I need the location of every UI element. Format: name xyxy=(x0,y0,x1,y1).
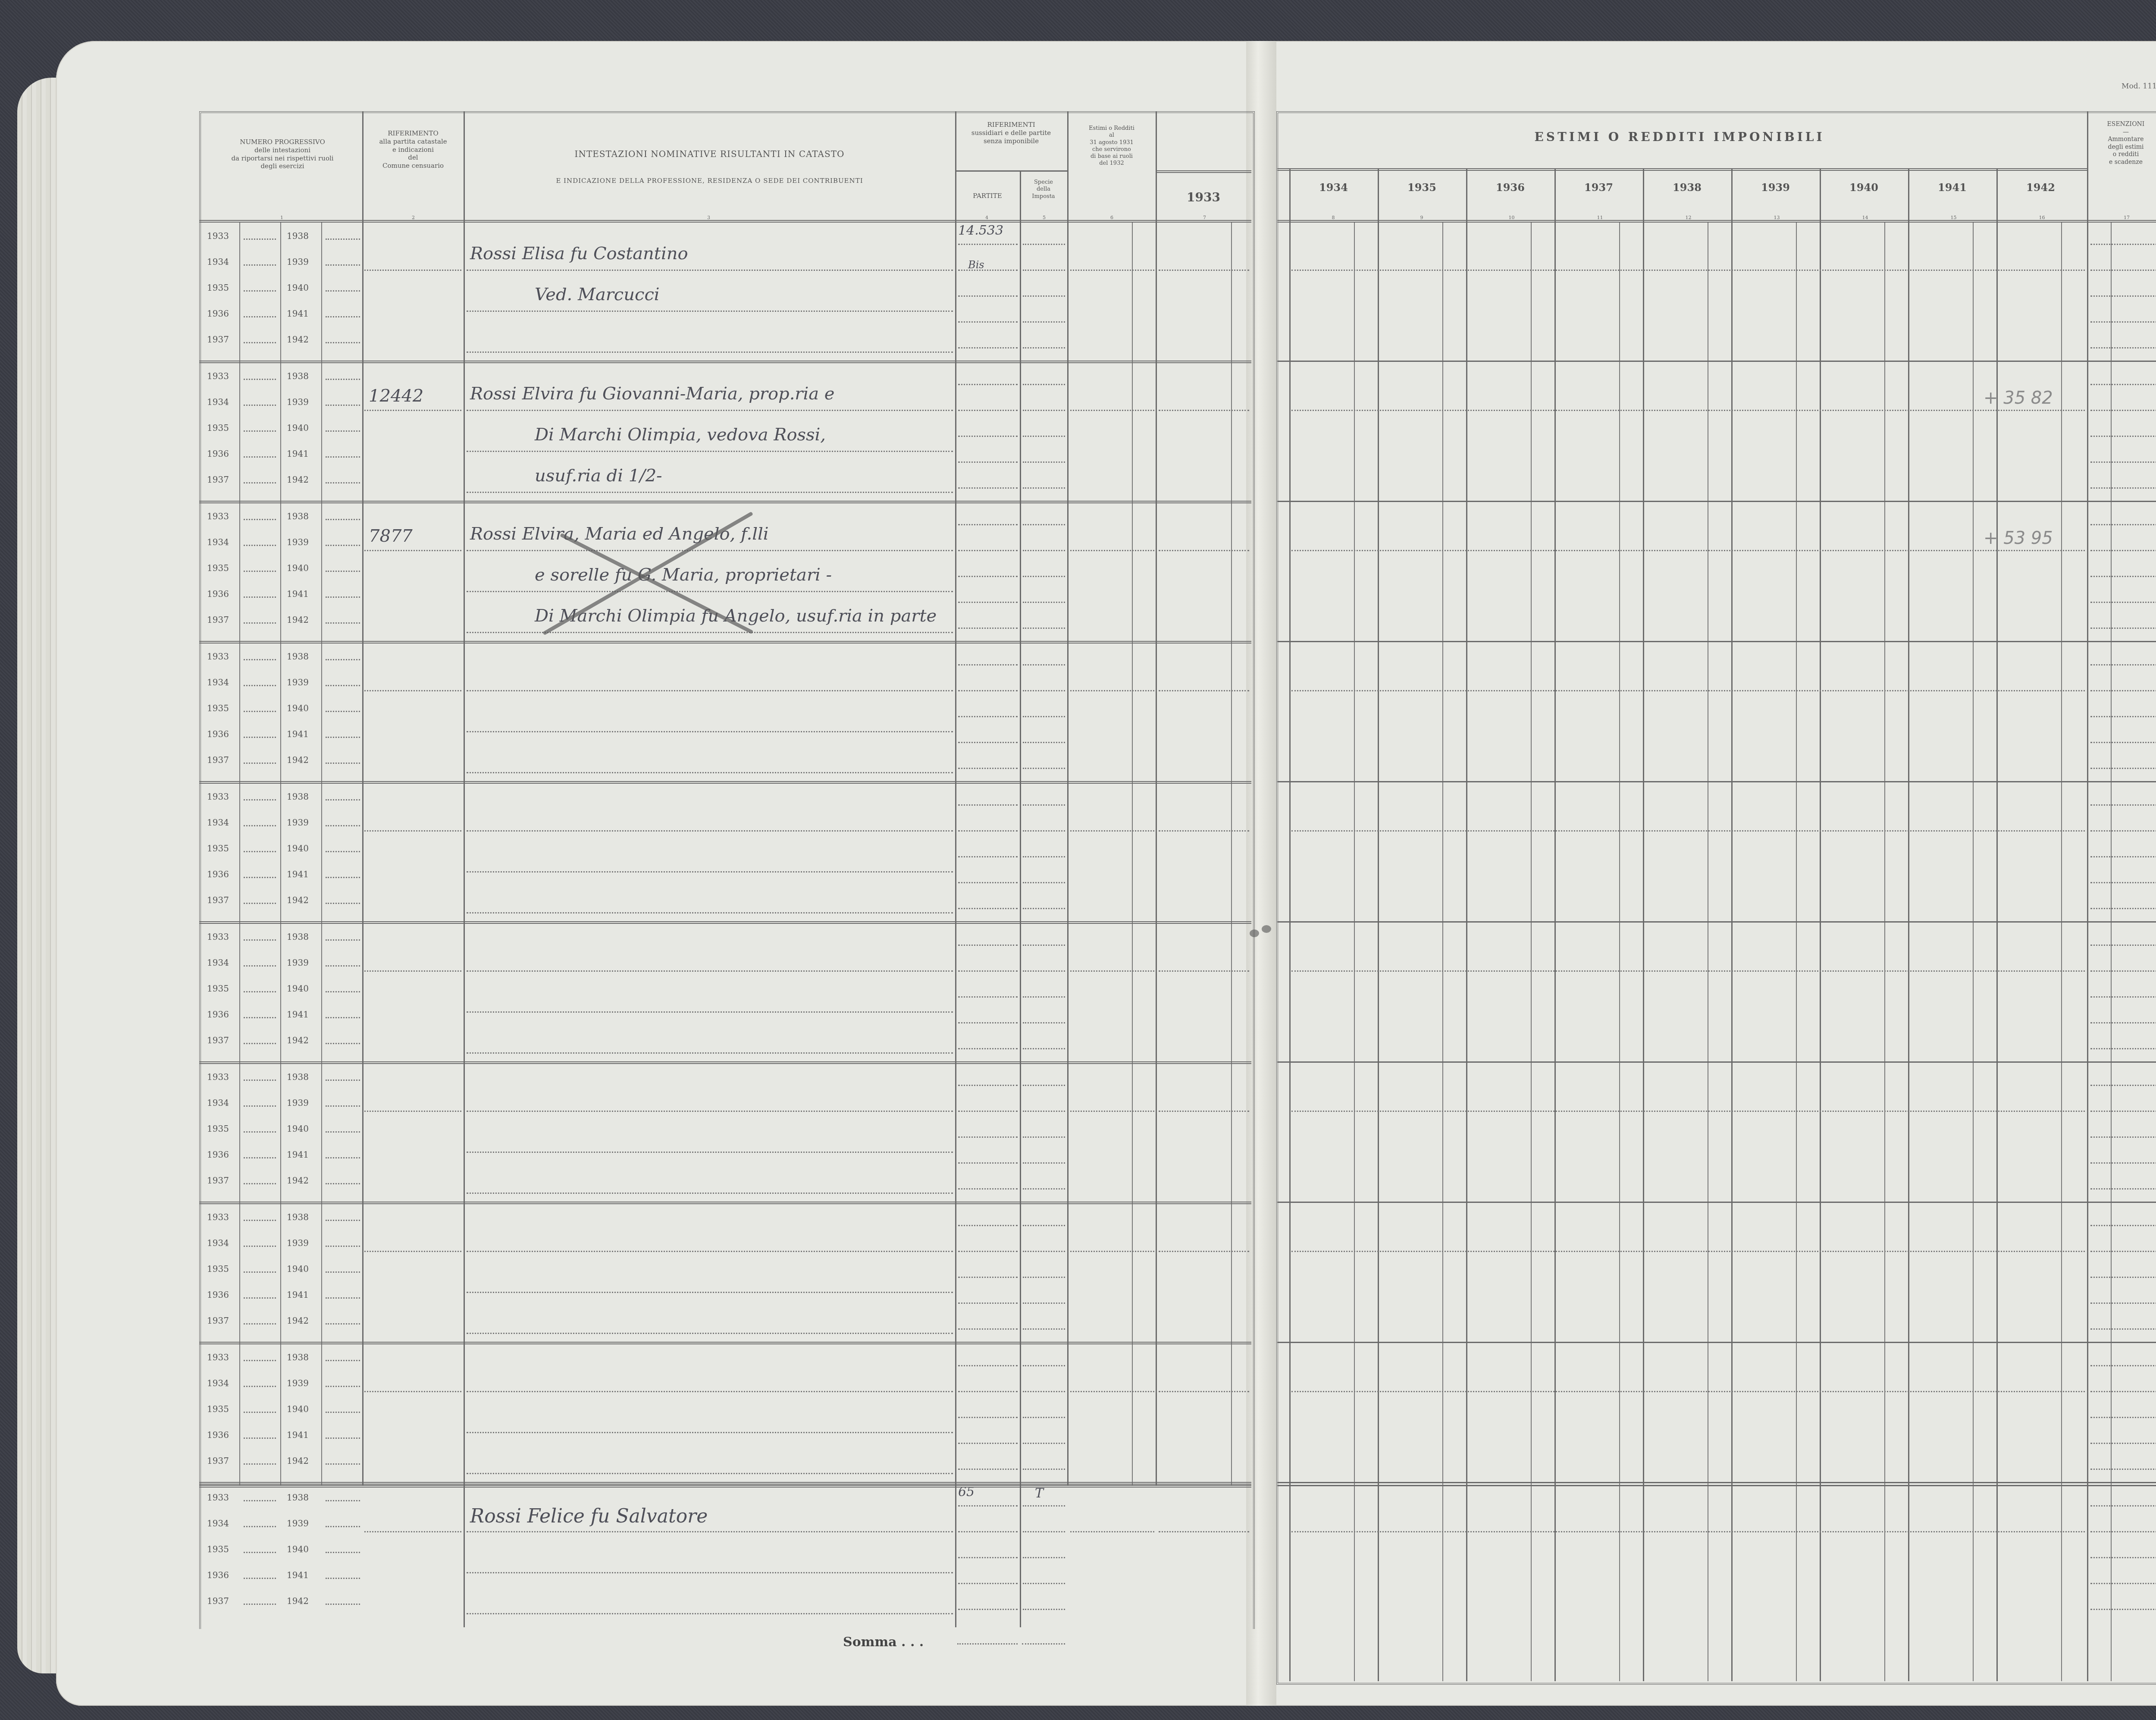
partite-dotted-field xyxy=(958,602,1018,603)
year-dotted-field xyxy=(244,965,276,967)
year-header: 1941 xyxy=(1908,181,1996,194)
year-label: 1933 xyxy=(207,1212,229,1222)
year-label: 1942 xyxy=(287,895,309,905)
year-label: 1933 xyxy=(207,371,229,381)
specie-dotted-field xyxy=(1023,347,1065,348)
partite-dotted-field xyxy=(958,970,1018,972)
riferimento-value: 12442 xyxy=(369,386,423,406)
year-label: 1933 xyxy=(207,932,229,942)
year-dotted-field xyxy=(244,1131,276,1133)
partite-dotted-field xyxy=(958,664,1018,665)
year-label: 1940 xyxy=(287,563,309,573)
year-label: 1936 xyxy=(207,1290,229,1300)
column-divider xyxy=(1643,168,1644,1681)
year-label: 1938 xyxy=(287,1212,309,1222)
year-label: 1935 xyxy=(207,282,229,293)
year-label: 1935 xyxy=(207,563,229,573)
esenzioni-dotted-field xyxy=(2090,1583,2156,1584)
esenzioni-dotted-field xyxy=(2090,244,2156,245)
entry-separator xyxy=(199,1202,1251,1204)
specie-dotted-field xyxy=(1023,1443,1065,1444)
year-dotted-field xyxy=(326,456,360,458)
intestazione-dotted-line xyxy=(467,270,953,271)
year-dotted-field xyxy=(326,851,360,852)
header-col3-subtitle: E INDICAZIONE DELLA PROFESSIONE, RESIDEN… xyxy=(465,177,954,185)
column-divider xyxy=(1067,111,1069,1485)
year-dotted-field xyxy=(244,659,276,660)
specie-dotted-field xyxy=(1023,1085,1065,1086)
entry-separator xyxy=(199,1482,1251,1485)
header-col1-title: NUMERO PROGRESSIVO xyxy=(203,138,362,146)
riferimento-dotted-line xyxy=(364,970,461,972)
year-dotted-field xyxy=(244,405,276,406)
esenzioni-dotted-field xyxy=(2090,1391,2156,1392)
intestazione-dotted-line xyxy=(467,1152,953,1153)
esenzioni-dotted-field xyxy=(2090,550,2156,551)
year-label: 1939 xyxy=(287,1378,309,1388)
partite-dotted-field xyxy=(958,628,1018,629)
intestazione-dotted-line xyxy=(467,1111,953,1112)
column-divider xyxy=(1820,168,1821,1681)
value-1942: + 53 95 xyxy=(1984,528,2053,548)
col1933-dotted-line xyxy=(1159,1111,1249,1112)
intestazione-text: e sorelle fu G. Maria, proprietari - xyxy=(535,565,832,585)
entry-separator xyxy=(1277,1482,2156,1483)
entry-separator xyxy=(199,781,1251,784)
year-dotted-field xyxy=(244,379,276,380)
year-label: 1933 xyxy=(207,1352,229,1362)
specie-dotted-field xyxy=(1023,1048,1065,1049)
estimi-dotted-line xyxy=(1070,550,1154,551)
partite-dotted-field xyxy=(958,1443,1018,1444)
header-col5-line: Imposta xyxy=(1020,193,1067,200)
intestazione-dotted-line xyxy=(467,1193,953,1194)
entry-separator xyxy=(199,1342,1251,1344)
riferimento-dotted-line xyxy=(364,1531,461,1532)
specie-dotted-field xyxy=(1023,1583,1065,1584)
intestazione-dotted-line xyxy=(467,410,953,411)
entry-separator xyxy=(199,361,1251,363)
table-bottom-rule xyxy=(199,1485,1251,1488)
specie-dotted-field xyxy=(1023,628,1065,629)
specie-dotted-field xyxy=(1023,524,1065,525)
year-dotted-field xyxy=(244,939,276,941)
year-label: 1936 xyxy=(207,869,229,879)
estimi-row-dotted-line xyxy=(1291,550,2085,551)
year-label: 1937 xyxy=(207,1315,229,1326)
intestazione-dotted-line xyxy=(467,1251,953,1252)
intestazione-dotted-line xyxy=(467,1572,953,1573)
column-divider xyxy=(1466,168,1467,1681)
year-label: 1937 xyxy=(207,474,229,485)
year-header: 1938 xyxy=(1643,181,1731,194)
year-label: 1934 xyxy=(207,1518,229,1529)
esenzioni-dotted-field xyxy=(2090,628,2156,629)
year-label: 1939 xyxy=(287,817,309,828)
header-col1-line: da riportarsi nei rispettivi ruoli xyxy=(203,154,362,163)
column-divider xyxy=(464,111,465,1627)
year-header: 1935 xyxy=(1378,181,1466,194)
year-dotted-field xyxy=(244,1386,276,1387)
specie-dotted-field xyxy=(1023,1469,1065,1470)
year-dotted-field xyxy=(326,430,360,432)
year-dotted-field xyxy=(244,991,276,992)
col1933-dotted-line xyxy=(1159,970,1249,972)
esenzioni-dotted-field xyxy=(2090,461,2156,463)
year-label: 1941 xyxy=(287,1430,309,1440)
specie-dotted-field xyxy=(1023,1303,1065,1304)
header-group-line: sussidiari e delle partite xyxy=(955,129,1067,137)
year-label: 1935 xyxy=(207,1404,229,1414)
specie-dotted-field xyxy=(1023,321,1065,323)
year-label: 1934 xyxy=(207,1098,229,1108)
partite-dotted-field xyxy=(958,1225,1018,1226)
year-dotted-field xyxy=(326,737,360,738)
estimi-dotted-line xyxy=(1070,830,1154,832)
year-dotted-field xyxy=(326,264,360,266)
header-col17-title: ESENZIONI xyxy=(2087,121,2156,129)
header-bottom-rule xyxy=(1277,220,2156,223)
header-col2-title: RIFERIMENTO xyxy=(363,129,463,138)
year-dotted-field xyxy=(326,939,360,941)
esenzioni-dotted-field xyxy=(2090,768,2156,769)
year-label: 1936 xyxy=(207,1009,229,1020)
riferimento-dotted-line xyxy=(364,830,461,832)
header-col17-line: o redditi xyxy=(2087,151,2156,159)
entry-separator xyxy=(1277,641,2156,642)
year-label: 1940 xyxy=(287,843,309,854)
partite-dotted-field xyxy=(958,1022,1018,1023)
year-dotted-field xyxy=(244,1246,276,1247)
esenzioni-dotted-field xyxy=(2090,1188,2156,1190)
year-label: 1938 xyxy=(287,651,309,662)
year-dotted-field xyxy=(326,1500,360,1501)
year-label: 1942 xyxy=(287,474,309,485)
esenzioni-dotted-field xyxy=(2090,1531,2156,1532)
estimi-row-dotted-line xyxy=(1291,830,2085,832)
entry-separator xyxy=(199,1061,1251,1064)
estimi-row-dotted-line xyxy=(1291,1111,2085,1112)
year-dotted-field xyxy=(244,290,276,292)
partite-dotted-field xyxy=(958,576,1018,577)
year-label: 1937 xyxy=(207,615,229,625)
intestazione-dotted-line xyxy=(467,632,953,633)
col1933-dotted-line xyxy=(1159,1251,1249,1252)
year-label: 1938 xyxy=(287,511,309,521)
partite-dotted-field xyxy=(958,1365,1018,1366)
specie-dotted-field xyxy=(1023,436,1065,437)
esenzioni-dotted-field xyxy=(2090,1417,2156,1418)
header-col6-line: di base ai ruoli xyxy=(1069,153,1155,160)
col1933-dotted-line xyxy=(1159,830,1249,832)
intestazione-text: Ved. Marcucci xyxy=(535,285,660,304)
year-dotted-field xyxy=(326,1360,360,1361)
year-dotted-field xyxy=(244,519,276,520)
year-label: 1941 xyxy=(287,1149,309,1160)
year-dotted-field xyxy=(326,379,360,380)
specie-dotted-field xyxy=(1023,970,1065,972)
year-dotted-field xyxy=(244,1463,276,1465)
estimi-row-dotted-line xyxy=(1291,1531,2085,1532)
year-dotted-field xyxy=(244,1323,276,1325)
year-dotted-field xyxy=(326,1246,360,1247)
year-dotted-field xyxy=(244,851,276,852)
year-dotted-field xyxy=(326,711,360,712)
year-dotted-field xyxy=(244,1526,276,1527)
esenzioni-dotted-field xyxy=(2090,1443,2156,1444)
year-label: 1937 xyxy=(207,334,229,345)
year-dotted-field xyxy=(326,685,360,686)
year-label: 1936 xyxy=(207,308,229,319)
col1933-dotted-line xyxy=(1159,550,1249,551)
year-label: 1942 xyxy=(287,334,309,345)
year-label: 1940 xyxy=(287,1404,309,1414)
estimi-dotted-line xyxy=(1070,690,1154,691)
estimi-dotted-line xyxy=(1070,1391,1154,1392)
specie-dotted-field xyxy=(1023,487,1065,489)
somma-dotted-line xyxy=(957,1643,1018,1645)
header-col6-line: Estimi o Redditi xyxy=(1069,125,1155,132)
year-dotted-field xyxy=(244,456,276,458)
partite-dotted-field xyxy=(958,882,1018,883)
header-col2-line: del xyxy=(363,154,463,162)
intestazione-text: Rossi Elisa fu Costantino xyxy=(470,244,688,264)
partite-dotted-field xyxy=(958,716,1018,717)
year-label: 1941 xyxy=(287,729,309,739)
column-subdivider xyxy=(2061,222,2062,1681)
year-label: 1937 xyxy=(207,1035,229,1045)
esenzioni-dotted-field xyxy=(2090,524,2156,525)
column-divider xyxy=(362,111,364,1485)
year-dotted-field xyxy=(326,622,360,624)
estimi-row-dotted-line xyxy=(1291,270,2085,271)
specie-dotted-field xyxy=(1023,882,1065,883)
estimi-dotted-line xyxy=(1070,1531,1154,1532)
partite-dotted-field xyxy=(958,1085,1018,1086)
intestazione-text: Rossi Felice fu Salvatore xyxy=(470,1505,708,1527)
estimi-row-dotted-line xyxy=(1291,1391,2085,1392)
year-dotted-field xyxy=(244,316,276,317)
partite-dotted-field xyxy=(958,804,1018,806)
column-divider xyxy=(1731,168,1733,1681)
header-col7-year: 1933 xyxy=(1156,190,1251,205)
year-dotted-field xyxy=(326,903,360,904)
year-dotted-field xyxy=(244,1578,276,1579)
specie-dotted-field xyxy=(1023,1391,1065,1392)
esenzioni-dotted-field xyxy=(2090,384,2156,385)
header-group-line: senza imponibile xyxy=(955,137,1067,145)
column-subdivider xyxy=(1442,222,1443,1681)
esenzioni-dotted-field xyxy=(2090,1557,2156,1558)
column-divider xyxy=(2087,111,2088,1681)
riferimento-value: 7877 xyxy=(369,526,413,546)
year-dotted-field xyxy=(244,711,276,712)
estimi-row-dotted-line xyxy=(1291,970,2085,972)
partite-dotted-field xyxy=(958,1505,1018,1507)
header-col17-line: degli estimi xyxy=(2087,144,2156,151)
year-dotted-field xyxy=(244,763,276,764)
partite-dotted-field xyxy=(958,347,1018,348)
intestazione-dotted-line xyxy=(467,311,953,312)
intestazione-dotted-line xyxy=(467,352,953,353)
intestazione-dotted-line xyxy=(467,1432,953,1433)
header-col6-line: che servirono xyxy=(1069,146,1155,153)
year-label: 1939 xyxy=(287,677,309,687)
year-label: 1941 xyxy=(287,1290,309,1300)
esenzioni-dotted-field xyxy=(2090,295,2156,297)
year-dotted-field xyxy=(244,430,276,432)
specie-dotted-field xyxy=(1023,1022,1065,1023)
year-header: 1939 xyxy=(1731,181,1820,194)
column-subdivider xyxy=(1132,222,1133,1485)
esenzioni-dotted-field xyxy=(2090,576,2156,577)
year-dotted-field xyxy=(326,1386,360,1387)
year-dotted-field xyxy=(244,825,276,826)
year-label: 1942 xyxy=(287,1315,309,1326)
year-label: 1939 xyxy=(287,957,309,968)
esenzioni-dotted-field xyxy=(2090,804,2156,806)
column-divider xyxy=(1554,168,1556,1681)
year-label: 1939 xyxy=(287,397,309,407)
partite-dotted-field xyxy=(958,945,1018,946)
partite-dotted-field xyxy=(958,1391,1018,1392)
year-dotted-field xyxy=(326,1131,360,1133)
col1933-dotted-line xyxy=(1159,410,1249,411)
esenzioni-dotted-field xyxy=(2090,1136,2156,1138)
col1933-dotted-line xyxy=(1159,1391,1249,1392)
esenzioni-dotted-field xyxy=(2090,1225,2156,1226)
intestazione-dotted-line xyxy=(467,690,953,691)
somma-label: Somma . . . xyxy=(843,1635,924,1650)
partite-value: 14.533 xyxy=(958,223,1003,238)
year-dotted-field xyxy=(326,1220,360,1221)
intestazione-text: Di Marchi Olimpia, vedova Rossi, xyxy=(535,425,826,445)
specie-dotted-field xyxy=(1023,270,1065,271)
column-divider xyxy=(1378,168,1379,1681)
year-label: 1936 xyxy=(207,589,229,599)
year-dotted-field xyxy=(326,1604,360,1605)
partite-dotted-field xyxy=(958,690,1018,691)
intestazione-dotted-line xyxy=(467,830,953,832)
specie-dotted-field xyxy=(1023,664,1065,665)
form-code: Mod. 111 - Imposte Dirette (Intercalare)… xyxy=(2122,82,2156,91)
entry-separator xyxy=(199,921,1251,924)
year-label: 1935 xyxy=(207,843,229,854)
esenzioni-dotted-field xyxy=(2090,908,2156,909)
year-dotted-field xyxy=(244,799,276,800)
column-subdivider xyxy=(1354,222,1355,1681)
intestazione-dotted-line xyxy=(467,1391,953,1392)
year-dotted-field xyxy=(326,239,360,240)
year-dotted-field xyxy=(326,1043,360,1044)
year-label: 1935 xyxy=(207,1544,229,1554)
intestazione-dotted-line xyxy=(467,550,953,551)
year-label: 1942 xyxy=(287,1035,309,1045)
esenzioni-dotted-field xyxy=(2090,270,2156,271)
esenzioni-dotted-field xyxy=(2090,716,2156,717)
year-label: 1936 xyxy=(207,1430,229,1440)
esenzioni-dotted-field xyxy=(2090,690,2156,691)
year-label: 1934 xyxy=(207,677,229,687)
header-col1: NUMERO PROGRESSIVO delle intestazioni da… xyxy=(203,138,362,170)
column-divider xyxy=(1020,170,1021,1627)
esenzioni-dotted-field xyxy=(2090,410,2156,411)
estimi-dotted-line xyxy=(1070,1251,1154,1252)
partite-dotted-field xyxy=(958,295,1018,297)
esenzioni-dotted-field xyxy=(2090,1085,2156,1086)
year-dotted-field xyxy=(244,737,276,738)
specie-dotted-field xyxy=(1023,742,1065,743)
entry-separator xyxy=(199,641,1251,643)
header-col6: Estimi o Redditi al 31 agosto 1931 che s… xyxy=(1069,125,1155,167)
year-dotted-field xyxy=(244,1183,276,1184)
year-dotted-field xyxy=(326,991,360,992)
year-dotted-field xyxy=(244,342,276,343)
year-dotted-field xyxy=(326,1017,360,1018)
partite-dotted-field xyxy=(958,1111,1018,1112)
column-subdivider xyxy=(1708,222,1708,1681)
partite-dotted-field xyxy=(958,384,1018,385)
year-dotted-field xyxy=(326,482,360,483)
year-dotted-field xyxy=(244,1500,276,1501)
year-label: 1933 xyxy=(207,791,229,802)
partite-dotted-field xyxy=(958,410,1018,411)
specie-dotted-field xyxy=(1023,1188,1065,1190)
header-riferimenti-group: RIFERIMENTI sussidiari e delle partite s… xyxy=(955,121,1067,145)
specie-dotted-field xyxy=(1023,1365,1065,1366)
year-label: 1936 xyxy=(207,729,229,739)
year-label: 1935 xyxy=(207,1124,229,1134)
year-dotted-field xyxy=(244,1080,276,1081)
binding-stitch xyxy=(1262,925,1271,933)
specie-dotted-field xyxy=(1023,1609,1065,1610)
esenzioni-dotted-field xyxy=(2090,1277,2156,1278)
year-label: 1937 xyxy=(207,895,229,905)
year-label: 1940 xyxy=(287,1264,309,1274)
year-label: 1942 xyxy=(287,1456,309,1466)
esenzioni-dotted-field xyxy=(2090,882,2156,883)
year-header: 1936 xyxy=(1466,181,1554,194)
riferimento-dotted-line xyxy=(364,1251,461,1252)
esenzioni-dotted-field xyxy=(2090,436,2156,437)
year-dotted-field xyxy=(244,1043,276,1044)
column-divider xyxy=(1289,168,1291,1681)
column-divider xyxy=(1908,168,1909,1681)
specie-dotted-field xyxy=(1023,1328,1065,1330)
year-label: 1939 xyxy=(287,1518,309,1529)
header-col2-line: Comune censuario xyxy=(363,162,463,170)
specie-dotted-field xyxy=(1023,768,1065,769)
specie-dotted-field xyxy=(1023,410,1065,411)
column-divider xyxy=(1156,111,1157,1485)
year-dotted-field xyxy=(326,1438,360,1439)
specie-dotted-field xyxy=(1023,690,1065,691)
riferimento-dotted-line xyxy=(364,410,461,411)
esenzioni-dotted-field xyxy=(2090,1328,2156,1330)
year-dotted-field xyxy=(326,825,360,826)
specie-dotted-field xyxy=(1023,908,1065,909)
specie-dotted-field xyxy=(1023,244,1065,245)
year-dotted-field xyxy=(244,903,276,904)
year-dotted-field xyxy=(326,1412,360,1413)
year-dotted-field xyxy=(244,545,276,546)
year-label: 1938 xyxy=(287,371,309,381)
intestazione-dotted-line xyxy=(467,1531,953,1532)
header-group-divider xyxy=(955,170,1067,172)
entry-separator xyxy=(1277,921,2156,923)
estimi-row-dotted-line xyxy=(1291,690,2085,691)
column-subdivider xyxy=(1884,222,1885,1681)
